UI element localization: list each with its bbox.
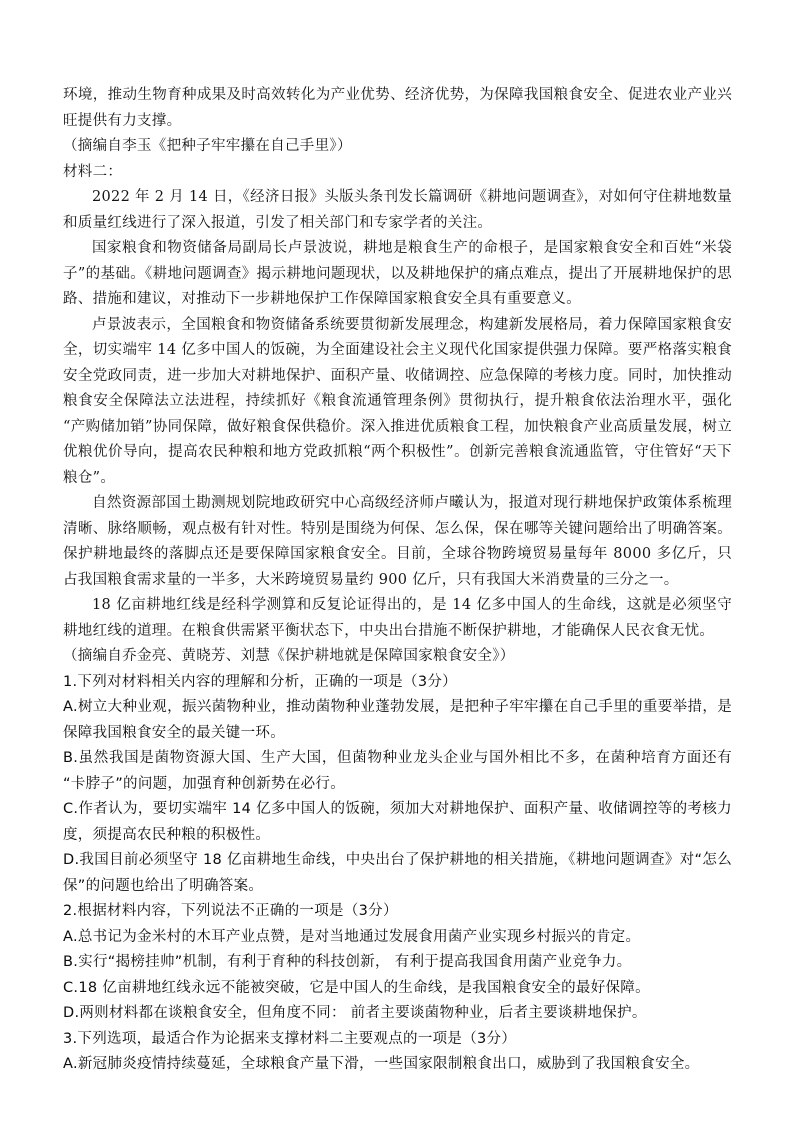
question-1-option-b: B.虽然我国是菌物资源大国、生产大国，但菌物种业龙头企业与国外相比不多，在菌种培… <box>63 746 732 797</box>
material-two-paragraph: 卢景波表示，全国粮食和物资储备系统要贯彻新发展理念，构建新发展格局，着力保障国家… <box>63 313 732 492</box>
material-two-paragraph: 2022 年 2 月 14 日，《经济日报》头版头条刊发长篇调研《耕地问题调查》… <box>63 185 732 236</box>
question-2-stem: 2.根据材料内容，下列说法不正确的一项是（3分） <box>63 899 732 925</box>
material-two-citation: （摘编自乔金亮、黄晓芳、刘慧《保护耕地就是保障国家粮食安全》） <box>63 644 732 670</box>
material-one-citation: （摘编自李玉《把种子牢牢攥在自己手里》） <box>63 134 732 160</box>
question-1-option-a: A.树立大种业观，振兴菌物种业，推动菌物种业蓬勃发展，是把种子牢牢攥在自己手里的… <box>63 695 732 746</box>
material-two-paragraph: 18 亿亩耕地红线是经科学测算和反复论证得出的，是 14 亿多中国人的生命线，这… <box>63 593 732 644</box>
question-3-option-a: A.新冠肺炎疫情持续蔓延，全球粮食产量下滑，一些国家限制粮食出口，威胁到了我国粮… <box>63 1052 732 1078</box>
question-2-option-b: B.实行“揭榜挂帅”机制，有利于育种的科技创新， 有利于提高我国食用菌产业竞争力… <box>63 950 732 976</box>
question-1-stem: 1.下列对材料相关内容的理解和分析，正确的一项是（3分） <box>63 670 732 696</box>
material-two-paragraph: 自然资源部国土勘测规划院地政研究中心高级经济师卢曦认为，报道对现行耕地保护政策体… <box>63 491 732 593</box>
question-3-stem: 3.下列选项，最适合作为论据来支撑材料二主要观点的一项是（3分） <box>63 1027 732 1053</box>
question-2-option-c: C.18 亿亩耕地红线永远不能被突破，它是中国人的生命线，是我国粮食安全的最好保… <box>63 976 732 1002</box>
question-1-option-c: C.作者认为，要切实端牢 14 亿多中国人的饭碗，须加大对耕地保护、面积产量、收… <box>63 797 732 848</box>
exam-paper-page: 环境，推动生物育种成果及时高效转化为产业优势、经济优势，为保障我国粮食安全、促进… <box>0 0 794 1123</box>
material-one-continuation: 环境，推动生物育种成果及时高效转化为产业优势、经济优势，为保障我国粮食安全、促进… <box>63 83 732 134</box>
question-1-option-d: D.我国目前必须坚守 18 亿亩耕地生命线，中央出台了保护耕地的相关措施，《耕地… <box>63 848 732 899</box>
material-two-heading: 材料二： <box>63 160 732 186</box>
material-two-paragraph: 国家粮食和物资储备局副局长卢景波说，耕地是粮食生产的命根子，是国家粮食安全和百姓… <box>63 236 732 313</box>
question-2-option-d: D.两则材料都在谈粮食安全，但角度不同： 前者主要谈菌物种业，后者主要谈耕地保护… <box>63 1001 732 1027</box>
question-2-option-a: A.总书记为金米村的木耳产业点赞，是对当地通过发展食用菌产业实现乡村振兴的肯定。 <box>63 925 732 951</box>
